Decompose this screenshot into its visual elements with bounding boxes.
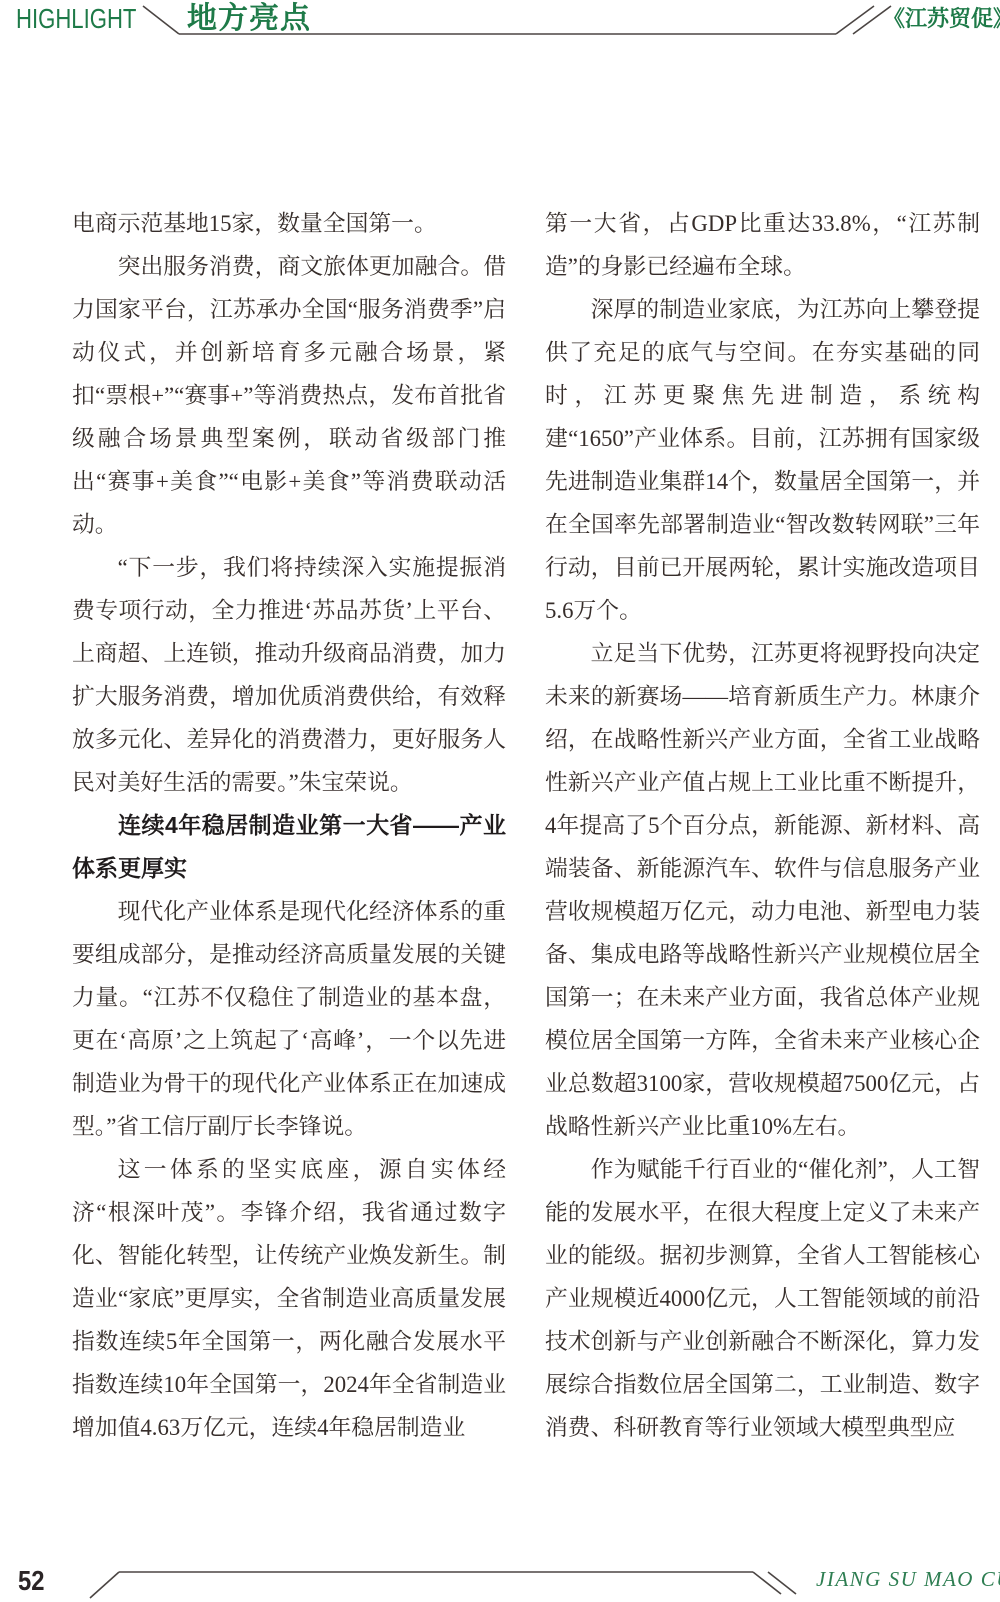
paragraph: 作为赋能千行百业的“催化剂”，人工智能的发展水平，在很大程度上定义了未来产业的能… xyxy=(545,1148,980,1449)
footer-backslash-line-1 xyxy=(753,1572,781,1594)
paragraph: 这一体系的坚实底座，源自实体经济“根深叶茂”。李锋介绍，我省通过数字化、智能化转… xyxy=(72,1148,506,1449)
header-eyebrow: HIGHLIGHT xyxy=(16,4,136,34)
header-magazine-title: 《江苏贸促》 xyxy=(883,5,1000,33)
paragraph: 立足当下优势，江苏更将视野投向决定未来的新赛场——培育新质生产力。林康介绍，在战… xyxy=(545,632,980,1148)
page-number: 52 xyxy=(18,1565,44,1597)
header-section-title: 地方亮点 xyxy=(187,2,311,36)
footer-magazine-name: JIANG SU MAO CU xyxy=(816,1565,1000,1593)
paragraph: 突出服务消费，商文旅体更加融合。借力国家平台，江苏承办全国“服务消费季”启动仪式… xyxy=(72,245,506,546)
footer-diagonal-left-line xyxy=(90,1572,119,1598)
paragraph: “下一步，我们将持续深入实施提振消费专项行动，全力推进‘苏品苏货’上平台、上商超… xyxy=(72,546,506,804)
column-left: 电商示范基地15家，数量全国第一。 突出服务消费，商文旅体更加融合。借力国家平台… xyxy=(72,202,506,1449)
magazine-page: HIGHLIGHT 地方亮点 《江苏贸促》 电商示范基地15家，数量全国第一。 … xyxy=(0,0,1000,1602)
paragraph-continued: 电商示范基地15家，数量全国第一。 xyxy=(72,202,506,245)
footer-backslash-line-2 xyxy=(768,1572,796,1594)
paragraph: 现代化产业体系是现代化经济体系的重要组成部分，是推动经济高质量发展的关键力量。“… xyxy=(72,890,506,1148)
paragraph: 深厚的制造业家底，为江苏向上攀登提供了充足的底气与空间。在夯实基础的同时，江苏更… xyxy=(545,288,980,632)
paragraph-continued: 第一大省，占GDP比重达33.8%，“江苏制造”的身影已经遍布全球。 xyxy=(545,202,980,288)
column-right: 第一大省，占GDP比重达33.8%，“江苏制造”的身影已经遍布全球。 深厚的制造… xyxy=(545,202,980,1449)
header-rule xyxy=(0,0,1000,60)
header-slash-line-1 xyxy=(836,6,874,34)
section-heading: 连续4年稳居制造业第一大省——产业体系更厚实 xyxy=(72,804,506,890)
header-diagonal-left-line xyxy=(143,6,179,34)
